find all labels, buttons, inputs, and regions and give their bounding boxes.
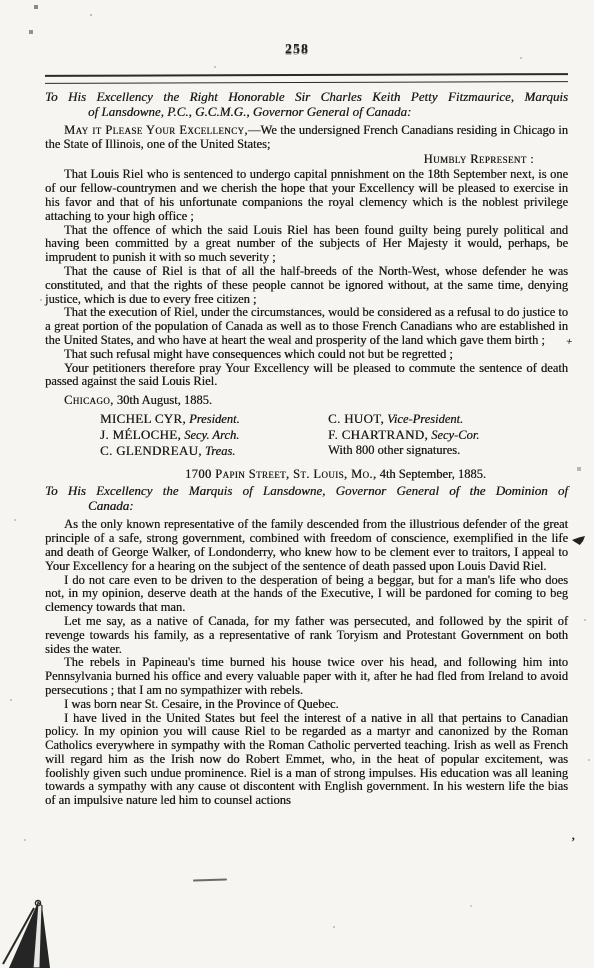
letter2-paragraph-4: The rebels in Papineau's time burned his… <box>45 656 568 697</box>
letter2-address-line: 1700 Papin Street, St. Louis, Mo., 4th S… <box>45 468 568 482</box>
letter1-paragraph-2: That the offence of which the said Louis… <box>45 224 568 265</box>
letter1-paragraph-6: Your petitioners therefore pray Your Exc… <box>45 362 568 390</box>
signature-block: MICHEL CYR, President. J. MÉLOCHE, Secy.… <box>100 411 568 460</box>
letter1-dateline-place: Chicago, <box>64 393 114 407</box>
scan-noise-specks <box>0 0 2 2</box>
letter2-paragraph-2: I do not care even to be driven to the d… <box>45 574 568 615</box>
letter2-address-place: 1700 Papin Street, St. Louis, Mo., <box>185 467 376 481</box>
letter2-paragraph-1: As the only known representative of the … <box>45 518 568 573</box>
signature-row: C. HUOT, Vice-President. <box>328 411 568 427</box>
signatory-title: President. <box>189 412 240 426</box>
page-content: To His Excellency the Right Honorable Si… <box>45 89 568 808</box>
stray-ink-blob-mark <box>572 536 585 545</box>
signatory-name: F. CHARTRAND, <box>328 427 428 442</box>
letter1: To His Excellency the Right Honorable Si… <box>45 89 568 460</box>
letter1-salutation: May it Please Your Excellency,—We the un… <box>45 124 568 152</box>
letter2-heading-line2: Canada: <box>88 498 568 513</box>
letter2-paragraph-6: I have lived in the United States but fe… <box>45 712 568 809</box>
page-corner-artifact <box>0 896 58 968</box>
signatory-name: J. MÉLOCHE, <box>100 427 181 442</box>
letter1-dateline: Chicago, 30th August, 1885. <box>45 394 568 408</box>
signature-row: C. GLENDREAU, Treas. <box>100 443 328 459</box>
signature-row: With 800 other signatures. <box>328 443 568 458</box>
signatory-title: Treas. <box>205 444 235 458</box>
signature-column-left: MICHEL CYR, President. J. MÉLOCHE, Secy.… <box>100 411 328 460</box>
signatory-title: Secy-Cor. <box>431 428 479 442</box>
letter2-heading: To His Excellency the Marquis of Lansdow… <box>45 483 568 513</box>
signatory-name: C. GLENDREAU, <box>100 443 202 458</box>
letter2-paragraph-3: Let me say, as a native of Canada, for m… <box>45 615 568 656</box>
signatory-title: Vice-President. <box>387 412 463 426</box>
letter1-heading-line2: of Lansdowne, P.C., G.C.M.G., Governor G… <box>88 104 568 119</box>
humbly-represent-line: Humbly Represent : <box>45 153 568 167</box>
other-signatures-note: With 800 other signatures. <box>328 443 460 457</box>
stray-ink-plus-mark: + <box>565 336 573 349</box>
signatory-name: MICHEL CYR, <box>100 411 186 426</box>
signature-row: J. MÉLOCHE, Secy. Arch. <box>100 427 328 443</box>
letter2-heading-line1: To His Excellency the Marquis of Lansdow… <box>45 483 568 498</box>
page-number: 258 <box>0 42 594 58</box>
stray-ink-comma-mark: ’ <box>571 834 575 850</box>
signature-row: MICHEL CYR, President. <box>100 411 328 427</box>
letter1-paragraph-4: That the execution of Riel, under the ci… <box>45 306 568 347</box>
letter1-paragraph-1: That Louis Riel who is sentenced to unde… <box>45 168 568 223</box>
signature-row: F. CHARTRAND, Secy-Cor. <box>328 427 568 443</box>
stray-pencil-dash-mark <box>193 878 227 881</box>
signatory-name: C. HUOT, <box>328 411 384 426</box>
letter1-paragraph-5: That such refusal might have consequence… <box>45 348 568 362</box>
letter2: 1700 Papin Street, St. Louis, Mo., 4th S… <box>45 468 568 809</box>
scanned-document-page: 258 To His Excellency the Right Honorabl… <box>0 0 594 968</box>
header-double-rule <box>45 73 568 84</box>
letter2-paragraph-5: I was born near St. Cesaire, in the Prov… <box>45 698 568 712</box>
letter1-dateline-date: 30th August, 1885. <box>114 393 212 407</box>
letter1-salutation-lead: May it Please Your Excellency, <box>64 123 248 137</box>
letter1-heading-line1: To His Excellency the Right Honorable Si… <box>45 89 568 104</box>
signatory-title: Secy. Arch. <box>184 428 239 442</box>
letter2-address-date: 4th September, 1885. <box>376 467 486 481</box>
signature-column-right: C. HUOT, Vice-President. F. CHARTRAND, S… <box>328 411 568 460</box>
letter1-paragraph-3: That the cause of Riel is that of all th… <box>45 265 568 306</box>
